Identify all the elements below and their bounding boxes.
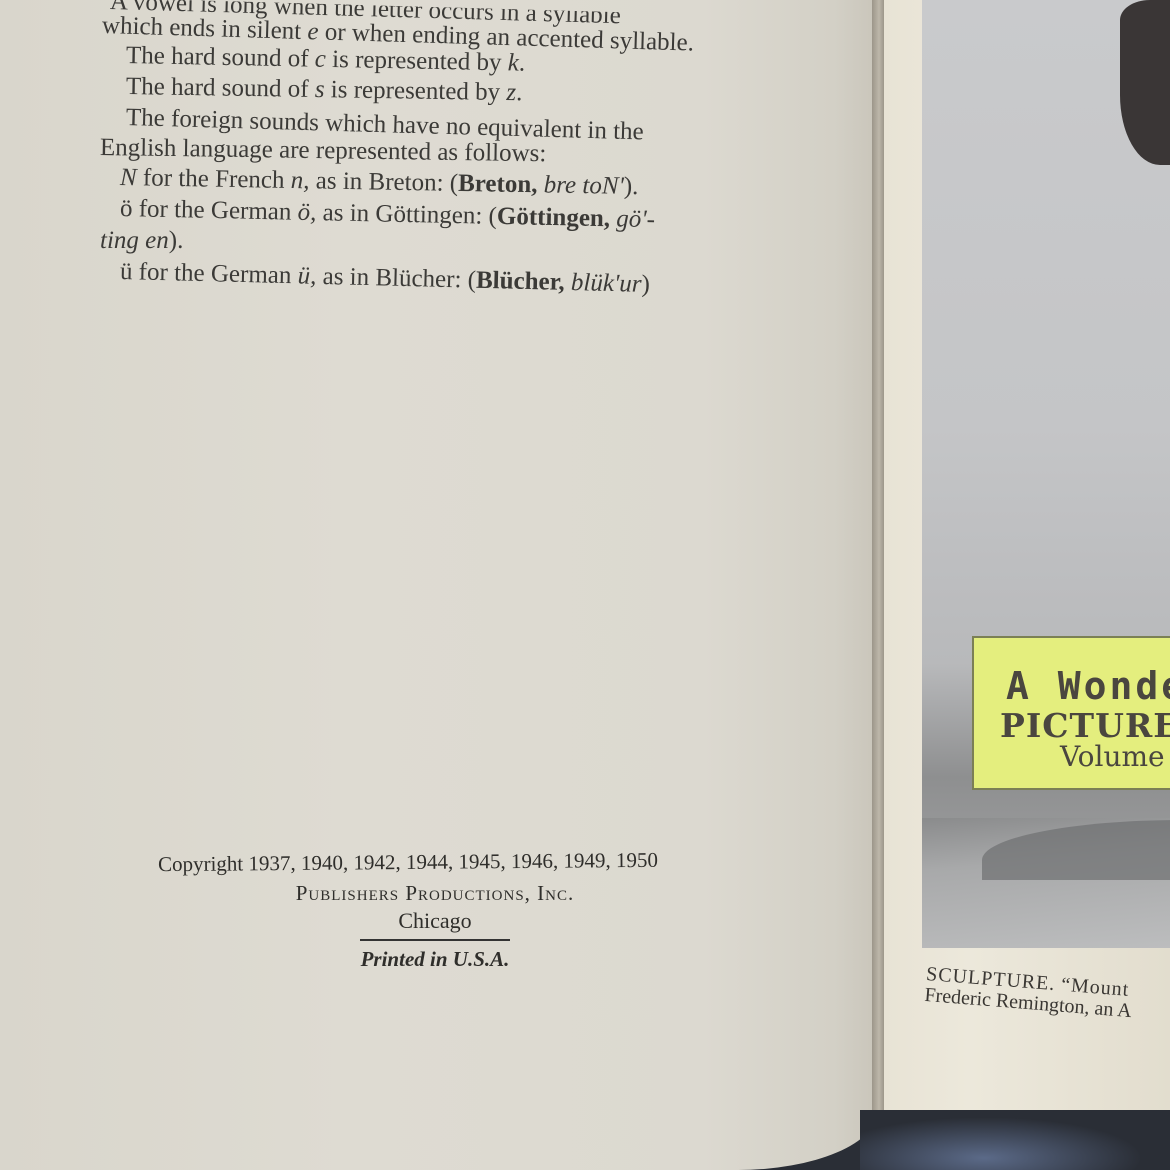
title-line-1: A Wonde <box>1006 664 1170 708</box>
text-line: The hard sound of s is represented by z. <box>126 71 523 108</box>
printed-in-line: Printed in U.S.A. <box>150 947 720 972</box>
copyright-line: Copyright 1937, 1940, 1942, 1944, 1945, … <box>158 848 658 877</box>
book-title-label: A Wonde PICTURE Volume <box>972 636 1170 790</box>
publisher-city: Chicago <box>150 908 720 934</box>
sculpture-image <box>1120 0 1170 165</box>
publisher-name: Publishers Productions, Inc. <box>150 881 720 906</box>
text-line: ting en). <box>100 225 183 256</box>
divider-rule <box>360 939 510 941</box>
table-surface <box>860 1110 1170 1170</box>
title-line-3: Volume <box>1060 740 1165 773</box>
sculpture-photo-plate <box>922 0 1170 948</box>
